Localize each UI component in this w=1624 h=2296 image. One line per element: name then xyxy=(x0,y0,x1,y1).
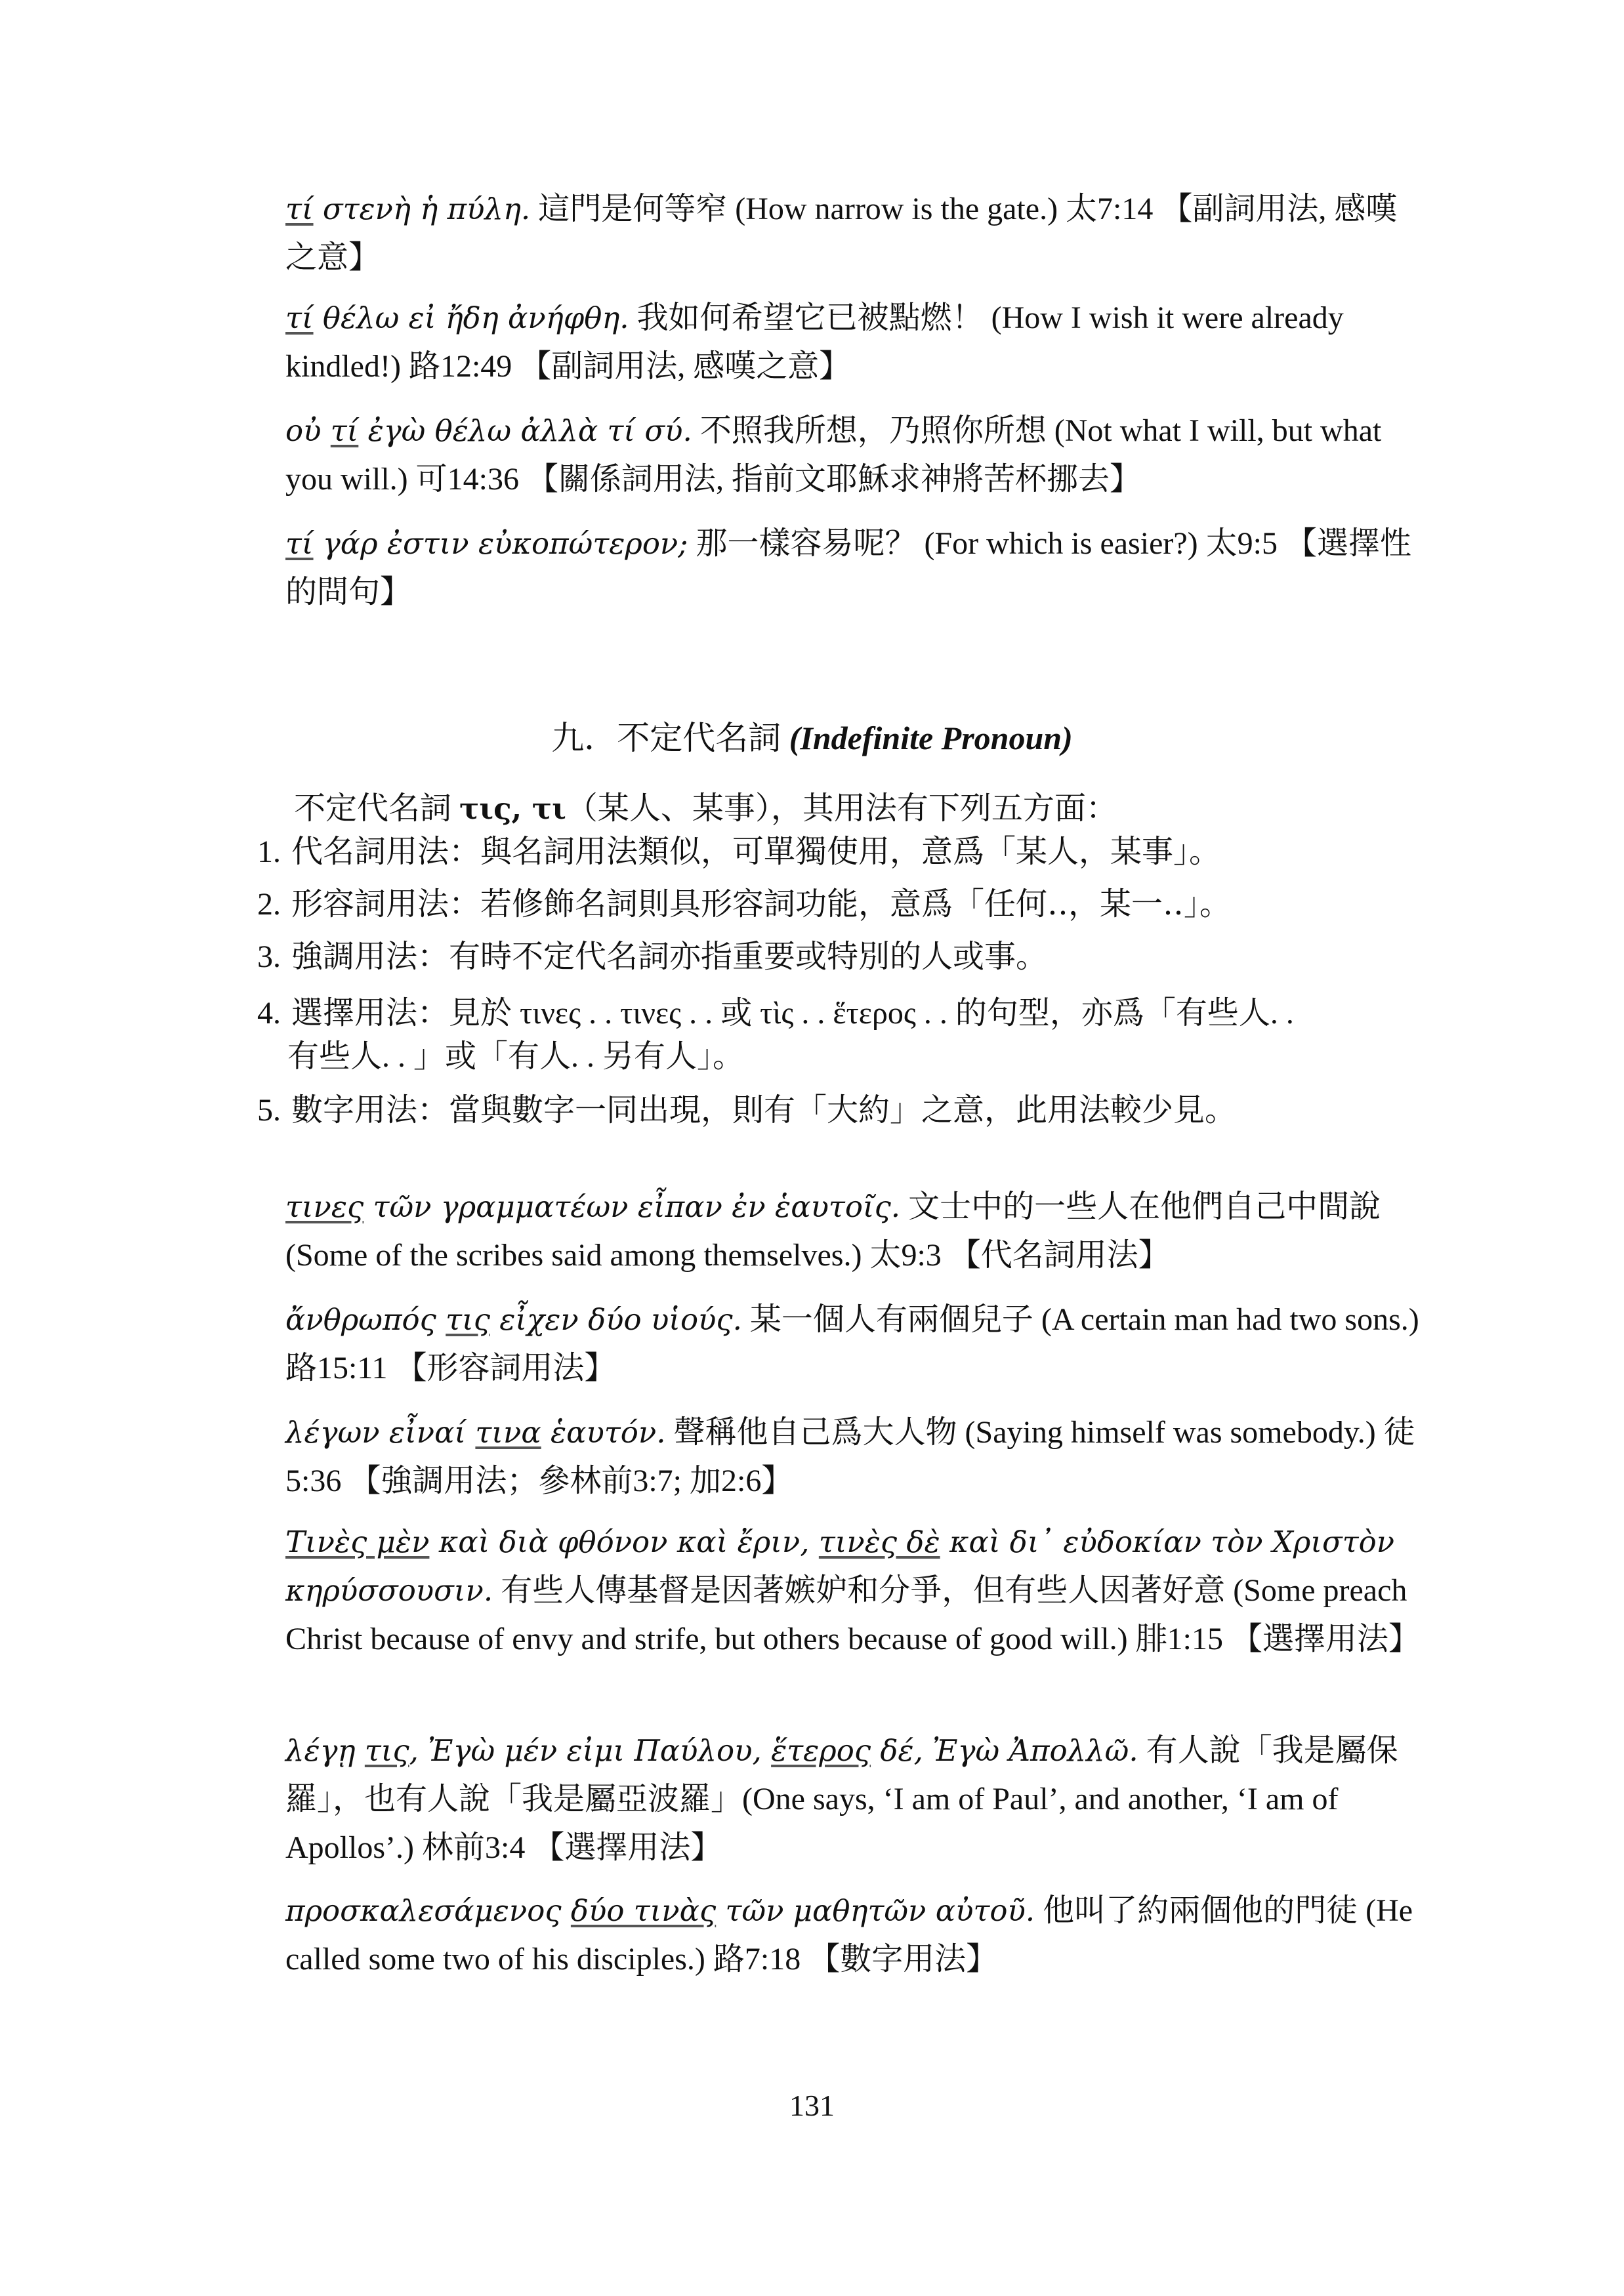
item-text: 選擇用法：見於 τινες . . τινες . . 或 τὶς . . ἕτ… xyxy=(291,996,1294,1031)
section-number: 九． xyxy=(551,720,617,756)
item-text: 強調用法：有時不定代名詞亦指重要或特別的人或事。 xyxy=(291,939,1047,974)
greek-text: ἄνθρωπός xyxy=(285,1302,446,1337)
example-paragraph: τί θέλω εἰ ἤδη ἀνήφθη. 我如何希望它已被點燃！ (How … xyxy=(285,294,1424,391)
usage-item: 3.強調用法：有時不定代名詞亦指重要或特別的人或事。 xyxy=(257,935,1425,979)
intro-post: （某人、某事），其用法有下列五方面： xyxy=(566,791,1117,826)
greek-text: τῶν μαθητῶν αὐτοῦ. xyxy=(716,1893,1035,1928)
greek-keyword: τινα xyxy=(475,1415,541,1450)
item-number: 5. xyxy=(257,1089,291,1132)
greek-text: προσκαλεσάμενος xyxy=(285,1893,571,1928)
greek-text: εἶχεν δύο υἱούς. xyxy=(490,1302,742,1337)
item-number: 4. xyxy=(257,992,291,1035)
greek-keyword: τις xyxy=(446,1302,490,1337)
greek-text: ἐγὼ θέλω ἀλλὰ τί σύ. xyxy=(358,413,692,448)
item-text: 形容詞用法：若修飾名詞則具形容詞功能，意爲「任何‥，某一‥」。 xyxy=(291,887,1231,922)
greek-keyword: τινὲς δὲ xyxy=(819,1525,940,1559)
intro-greek: τις, τι xyxy=(459,791,566,826)
item-number: 3. xyxy=(257,935,291,979)
greek-text: στενὴ ἡ πύλη. xyxy=(314,192,531,226)
usage-item: 2.形容詞用法：若修飾名詞則具形容詞功能，意爲「任何‥，某一‥」。 xyxy=(257,883,1425,926)
section-heading: 九．不定代名詞 (Indefinite Pronoun) xyxy=(0,714,1624,762)
greek-text: λέγῃ xyxy=(285,1733,365,1768)
greek-keyword: τί xyxy=(285,526,314,561)
section-title-en: (Indefinite Pronoun) xyxy=(789,720,1073,756)
greek-text: οὐ xyxy=(285,413,331,448)
section-title-zh: 不定代名詞 xyxy=(617,720,789,756)
greek-keyword: ἕτερος xyxy=(771,1733,871,1768)
greek-text: δέ, Ἐγὼ Ἀπολλῶ. xyxy=(871,1733,1138,1768)
greek-keyword: δύο τινὰς xyxy=(571,1893,716,1928)
greek-keyword: τινες xyxy=(285,1189,364,1224)
page-number: 131 xyxy=(0,2088,1624,2123)
greek-text: τῶν γραμματέων εἶπαν ἐν ἑαυτοῖς. xyxy=(364,1189,900,1224)
greek-text: καὶ διὰ φθόνον καὶ ἔριν, xyxy=(429,1525,818,1559)
greek-keyword: Τινὲς μὲν xyxy=(285,1525,429,1559)
item-text: 數字用法：當與數字一同出現，則有「大約」之意，此用法較少見。 xyxy=(291,1093,1236,1128)
example-paragraph: λέγῃ τις, Ἐγὼ μέν εἰμι Παύλου, ἕτερος δέ… xyxy=(285,1727,1424,1872)
usage-item: 4.選擇用法：見於 τινες . . τινες . . 或 τὶς . . … xyxy=(257,992,1425,1078)
greek-text: γάρ ἐστιν εὐκοπώτερον; xyxy=(314,526,688,561)
item-text: 代名詞用法：與名詞用法類似，可單獨使用，意爲「某人，某事」。 xyxy=(291,834,1220,869)
example-paragraph: Τινὲς μὲν καὶ διὰ φθόνον καὶ ἔριν, τινὲς… xyxy=(285,1518,1424,1664)
usage-item: 1.代名詞用法：與名詞用法類似，可單獨使用，意爲「某人，某事」。 xyxy=(257,830,1425,874)
example-paragraph: οὐ τί ἐγὼ θέλω ἀλλὰ τί σύ. 不照我所想，乃照你所想 (… xyxy=(285,407,1424,504)
item-number: 2. xyxy=(257,883,291,926)
greek-keyword: τί xyxy=(285,300,314,335)
document-page: τί στενὴ ἡ πύλη. 這門是何等窄 (How narrow is t… xyxy=(0,0,1624,2296)
item-number: 1. xyxy=(257,830,291,874)
item-text-continuation: 有些人. . 」或「有人. . 另有人」。 xyxy=(257,1035,1425,1078)
example-paragraph: τί στενὴ ἡ πύλη. 這門是何等窄 (How narrow is t… xyxy=(285,185,1424,282)
intro-pre: 不定代名詞 xyxy=(294,791,459,826)
greek-keyword: τί xyxy=(331,413,359,448)
intro-text: 不定代名詞 τις, τι（某人、某事），其用法有下列五方面： xyxy=(294,785,1117,833)
example-paragraph: τινες τῶν γραμματέων εἶπαν ἐν ἑαυτοῖς. 文… xyxy=(285,1183,1424,1280)
usage-item: 5.數字用法：當與數字一同出現，則有「大約」之意，此用法較少見。 xyxy=(257,1089,1425,1132)
example-paragraph: ἄνθρωπός τις εἶχεν δύο υἱούς. 某一個人有兩個兒子 … xyxy=(285,1296,1424,1393)
example-paragraph: προσκαλεσάμενος δύο τινὰς τῶν μαθητῶν αὐ… xyxy=(285,1887,1424,1984)
greek-text: λέγων εἶναί xyxy=(285,1415,475,1450)
greek-text: ἑαυτόν. xyxy=(541,1415,666,1450)
example-paragraph: τί γάρ ἐστιν εὐκοπώτερον; 那一樣容易呢？ (For w… xyxy=(285,520,1424,617)
greek-text: , Ἐγὼ μέν εἰμι Παύλου, xyxy=(409,1733,772,1768)
greek-keyword: τί xyxy=(285,192,314,226)
greek-text: θέλω εἰ ἤδη ἀνήφθη. xyxy=(314,300,629,335)
greek-keyword: τις xyxy=(365,1733,409,1768)
example-paragraph: λέγων εἶναί τινα ἑαυτόν. 聲稱他自己爲大人物 (Sayi… xyxy=(285,1408,1424,1506)
